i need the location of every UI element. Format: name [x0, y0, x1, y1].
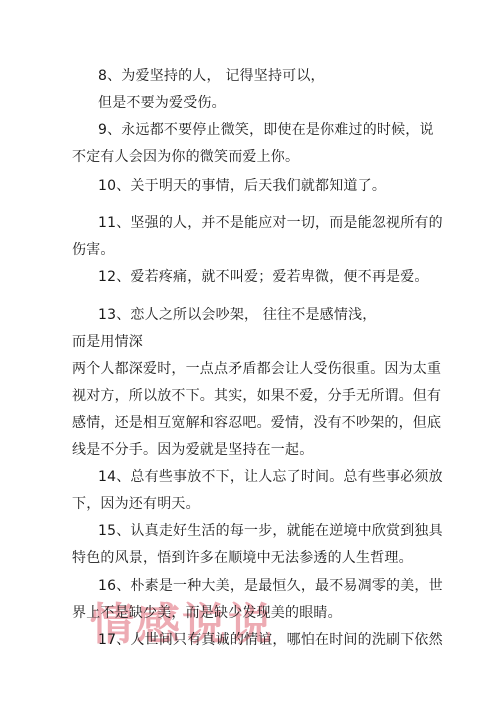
- text-line: 伤害。: [72, 241, 115, 259]
- text-line: 15、认真走好生活的每一步，就能在逆境中欣赏到独具: [98, 522, 443, 540]
- text-line: 两个人都深爱时，一点点矛盾都会让人受伤很重。因为太重: [72, 360, 441, 378]
- text-line: 16、朴素是一种大美，是最恒久，最不易凋零的美，世: [98, 577, 443, 595]
- text-line: 10、关于明天的事情，后天我们就都知道了。: [98, 177, 386, 195]
- document-page: 情感说说 8、为爱坚持的人， 记得坚持可以，但是不要为爱受伤。9、永远都不要停止…: [0, 0, 500, 708]
- text-line: 8、为爱坚持的人， 记得坚持可以，: [98, 67, 325, 85]
- text-line: 11、坚强的人，并不是能应对一切，而是能忽视所有的: [98, 214, 443, 232]
- text-line: 不定有人会因为你的微笑而爱上你。: [72, 148, 299, 166]
- text-line: 17、人世间只有真诚的情谊，哪怕在时间的洗刷下依然: [98, 631, 443, 649]
- text-line: 感情，还是相互宽解和容忍吧。爱情，没有不吵架的，但底: [72, 414, 441, 432]
- text-line: 特色的风景，悟到许多在顺境中无法参透的人生哲理。: [72, 549, 413, 567]
- text-line: 界上不是缺少美，而是缺少发现美的眼睛。: [72, 604, 342, 622]
- text-line: 线是不分手。因为爱就是坚持在一起。: [72, 441, 313, 459]
- text-line: 而是用情深: [72, 333, 143, 351]
- text-line: 但是不要为爱受伤。: [98, 94, 226, 112]
- text-line: 12、爱若疼痛，就不叫爱；爱若卑微，便不再是爱。: [98, 268, 429, 286]
- text-line: 视对方，所以放不下。其实，如果不爱，分手无所谓。但有: [72, 387, 441, 405]
- text-line: 14、总有些事放不下，让人忘了时间。总有些事必须放: [98, 468, 443, 486]
- text-line: 13、恋人之所以会吵架， 往往不是感情浅，: [98, 306, 376, 324]
- text-line: 9、永远都不要停止微笑，即使在是你难过的时候，说: [98, 121, 434, 139]
- text-line: 下，因为还有明天。: [72, 495, 200, 513]
